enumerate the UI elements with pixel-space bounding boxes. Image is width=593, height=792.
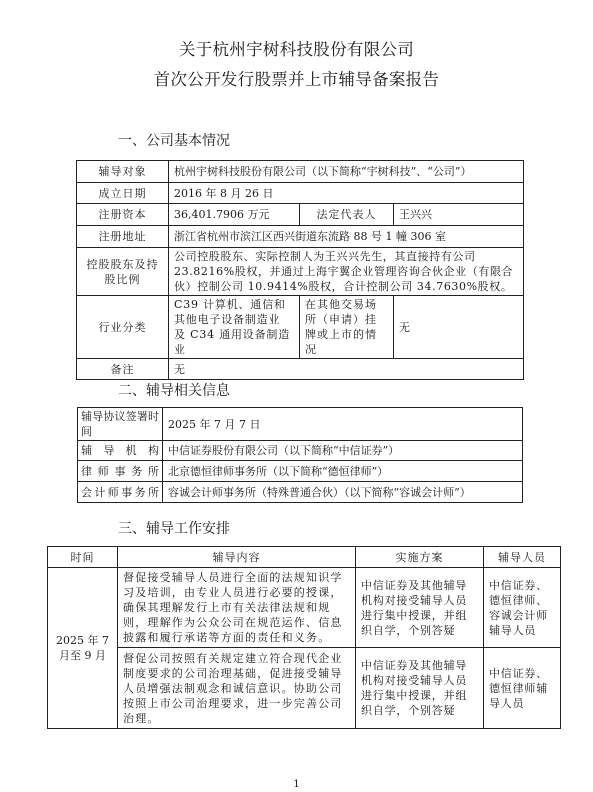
- document-title-line1: 关于杭州宇树科技股份有限公司: [0, 36, 593, 60]
- row-target: 辅导对象 杭州宇树科技股份有限公司（以下简称“宇树科技”、“公司”）: [77, 161, 524, 183]
- legal-rep-value: 王兴兴: [394, 204, 524, 226]
- agreement-date-value: 2025 年 7 月 7 日: [163, 408, 523, 441]
- shareholder-value: 公司控股股东、实际控制人为王兴兴先生，其直接持有公司 23.8216%股权，并通…: [169, 248, 524, 296]
- other-listing-value: 无: [394, 296, 524, 359]
- tutoring-schedule-table: 时间 辅导内容 实施方案 辅导人员 2025 年 7 月至 9 月 督促接受辅导…: [47, 546, 561, 729]
- row-remarks: 备注 无: [77, 359, 524, 380]
- document-title-line2: 首次公开发行股票并上市辅导备案报告: [0, 66, 593, 90]
- industry-value: C39 计算机、通信和其他电子设备制造业 及 C34 通用设备制造业: [169, 296, 300, 359]
- schedule-header-row: 时间 辅导内容 实施方案 辅导人员: [48, 547, 561, 568]
- schedule-content: 督促接受辅导人员进行全面的法规知识学习及培训，由专业人员进行必要的授课，确保其理…: [118, 568, 356, 648]
- row-agreement-date: 辅导协议签署时间 2025 年 7 月 7 日: [78, 408, 523, 441]
- row-shareholder: 控股股东及持股比例 公司控股股东、实际控制人为王兴兴先生，其直接持有公司 23.…: [77, 248, 524, 296]
- address-value: 浙江省杭州市滨江区西兴街道东流路 88 号 1 幢 306 室: [169, 226, 524, 248]
- legal-rep-label: 法定代表人: [300, 204, 394, 226]
- law-firm-label: 律师事务所: [78, 461, 163, 482]
- row-accounting: 会计师事务所 容诚会计师事务所（特殊普通合伙）（以下简称“容诚会计师”）: [78, 482, 523, 503]
- accounting-label: 会计师事务所: [78, 482, 163, 503]
- capital-value: 36,401.7906 万元: [169, 204, 300, 226]
- other-listing-label: 在其他交易场所（申请）挂牌或上市的情况: [300, 296, 394, 359]
- established-value: 2016 年 8 月 26 日: [169, 183, 524, 204]
- col-header-time: 时间: [48, 547, 118, 568]
- institution-label: 辅导机构: [78, 441, 163, 461]
- col-header-staff: 辅导人员: [484, 547, 561, 568]
- row-law-firm: 律师事务所 北京德恒律师事务所（以下简称“德恒律师”）: [78, 461, 523, 482]
- schedule-staff: 中信证券、德恒律师、容诚会计师辅导人员: [484, 568, 561, 648]
- agreement-date-label: 辅导协议签署时间: [78, 408, 163, 441]
- schedule-row: 2025 年 7 月至 9 月 督促接受辅导人员进行全面的法规知识学习及培训，由…: [48, 568, 561, 648]
- section1-heading: 一、公司基本情况: [118, 130, 230, 150]
- company-info-table: 辅导对象 杭州宇树科技股份有限公司（以下简称“宇树科技”、“公司”） 成立日期 …: [76, 160, 524, 380]
- accounting-value: 容诚会计师事务所（特殊普通合伙）（以下简称“容诚会计师”）: [163, 482, 523, 503]
- row-address: 注册地址 浙江省杭州市滨江区西兴街道东流路 88 号 1 幢 306 室: [77, 226, 524, 248]
- section3-heading: 三、辅导工作安排: [118, 518, 230, 538]
- target-value: 杭州宇树科技股份有限公司（以下简称“宇树科技”、“公司”）: [169, 161, 524, 183]
- schedule-staff: 中信证券、德恒律师辅导人员: [484, 648, 561, 729]
- address-label: 注册地址: [77, 226, 169, 248]
- schedule-row: 督促公司按照有关规定建立符合现代企业制度要求的公司治理基础，促进接受辅导人员增强…: [48, 648, 561, 729]
- col-header-plan: 实施方案: [356, 547, 484, 568]
- tutoring-info-table: 辅导协议签署时间 2025 年 7 月 7 日 辅导机构 中信证券股份有限公司（…: [77, 407, 523, 503]
- row-institution: 辅导机构 中信证券股份有限公司（以下简称“中信证券”）: [78, 441, 523, 461]
- col-header-content: 辅导内容: [118, 547, 356, 568]
- section2-heading: 二、辅导相关信息: [118, 380, 230, 400]
- page-number: 1: [0, 779, 593, 790]
- row-industry: 行业分类 C39 计算机、通信和其他电子设备制造业 及 C34 通用设备制造业 …: [77, 296, 524, 359]
- shareholder-label: 控股股东及持股比例: [77, 248, 169, 296]
- schedule-plan: 中信证券及其他辅导机构对接受辅导人员进行集中授课，并组织自学，个别答疑: [356, 648, 484, 729]
- remarks-label: 备注: [77, 359, 169, 380]
- schedule-content: 督促公司按照有关规定建立符合现代企业制度要求的公司治理基础，促进接受辅导人员增强…: [118, 648, 356, 729]
- row-capital: 注册资本 36,401.7906 万元 法定代表人 王兴兴: [77, 204, 524, 226]
- schedule-plan: 中信证券及其他辅导机构对接受辅导人员进行集中授课，并组织自学，个别答疑: [356, 568, 484, 648]
- remarks-value: 无: [169, 359, 524, 380]
- industry-label: 行业分类: [77, 296, 169, 359]
- schedule-period: 2025 年 7 月至 9 月: [48, 568, 118, 729]
- target-label: 辅导对象: [77, 161, 169, 183]
- established-label: 成立日期: [77, 183, 169, 204]
- capital-label: 注册资本: [77, 204, 169, 226]
- law-firm-value: 北京德恒律师事务所（以下简称“德恒律师”）: [163, 461, 523, 482]
- row-established: 成立日期 2016 年 8 月 26 日: [77, 183, 524, 204]
- institution-value: 中信证券股份有限公司（以下简称“中信证券”）: [163, 441, 523, 461]
